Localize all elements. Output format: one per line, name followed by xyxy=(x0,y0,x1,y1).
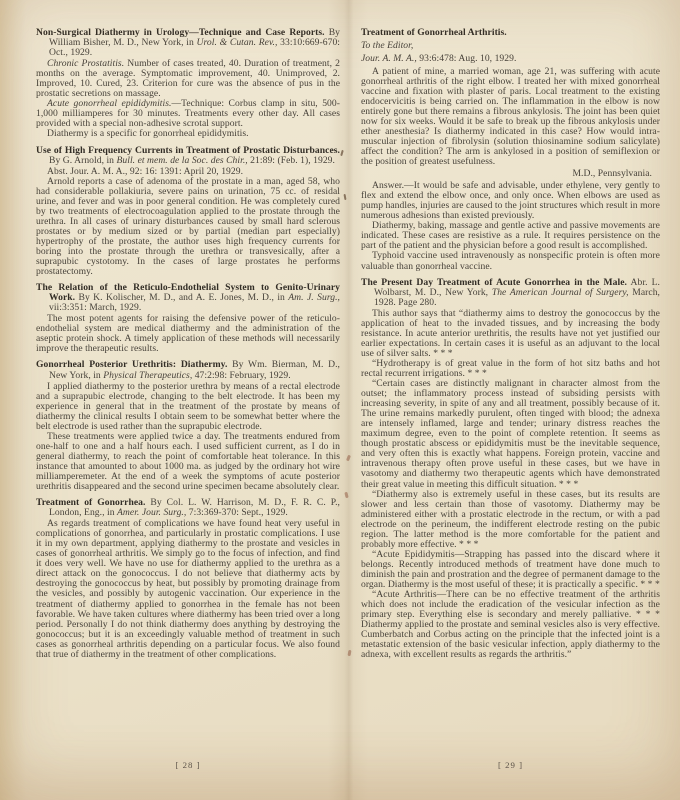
text-run: The American Journal of Surgery, xyxy=(492,287,629,298)
section-paragraph: Typhoid vaccine used intravenously as no… xyxy=(361,251,660,271)
text-run: Answer.—It would be safe and advisable, … xyxy=(361,180,660,221)
text-run: vii:3:351: March, 1929. xyxy=(49,302,141,313)
text-run: 47:2:98: February, 1929. xyxy=(192,370,290,381)
section-paragraph: A patient of mine, a married woman, age … xyxy=(361,67,660,167)
text-run: These treatments were applied twice a da… xyxy=(36,431,340,492)
section-paragraph: Arnold reports a case of adenoma of the … xyxy=(36,177,340,277)
section-paragraph: To the Editor, xyxy=(361,41,660,51)
text-run: 7:3:369-370: Sept., 1929. xyxy=(186,507,288,518)
abstract-section: The Relation of the Reticulo-Endothelial… xyxy=(36,283,340,354)
section-paragraph: Diathermy, baking, massage and gentle ac… xyxy=(361,221,660,251)
abstract-section: Non-Surgical Diathermy in Urology—Techni… xyxy=(36,28,340,140)
text-run: A patient of mine, a married woman, age … xyxy=(361,66,660,167)
text-run: “Diathermy also is extremely useful in t… xyxy=(361,489,660,550)
section-paragraph: Chronic Prostatitis. Number of cases tre… xyxy=(36,59,340,99)
text-run: To the Editor, xyxy=(361,40,413,51)
text-run: Bull. et mem. de la Soc. des Chir., xyxy=(116,155,247,166)
section-paragraph: “Diathermy also is extremely useful in t… xyxy=(361,490,660,550)
text-run: Treatment of Gonorrheal Arthritis. xyxy=(361,28,507,38)
section-heading: Treatment of Gonorrheal Arthritis. xyxy=(361,28,660,38)
section-paragraph: I applied diathermy to the posterior ure… xyxy=(36,382,340,432)
section-paragraph: Acute gonorrheal epididymitis.—Technique… xyxy=(36,99,340,129)
text-run: This author says that “diathermy aims to… xyxy=(361,308,660,359)
text-run: “Certain cases are distinctly malignant … xyxy=(361,378,660,489)
abstract-section: The Present Day Treatment of Acute Gonor… xyxy=(361,278,660,661)
page-number-right: [ 29 ] xyxy=(361,760,660,770)
text-run: “Hydrotherapy is of great value in the f… xyxy=(361,358,660,379)
text-run: M.D., Pennsylvania. xyxy=(572,168,652,179)
section-paragraph: “Hydrotherapy is of great value in the f… xyxy=(361,359,660,379)
section-heading: The Present Day Treatment of Acute Gonor… xyxy=(361,278,660,308)
section-paragraph: These treatments were applied twice a da… xyxy=(36,432,340,492)
section-paragraph: The most potent agents for raising the d… xyxy=(36,314,340,354)
text-run: 21:89: (Feb. 1), 1929. xyxy=(248,155,335,166)
section-heading: Treatment of Gonorrhea. By Col. L. W. Ha… xyxy=(36,498,340,518)
text-run: Amer. Jour. Surg., xyxy=(117,507,186,518)
journal-page-right: Treatment of Gonorrheal Arthritis.To the… xyxy=(361,28,660,754)
text-run: Typhoid vaccine used intravenously as no… xyxy=(361,250,660,271)
text-run: Jour. A. M. A., xyxy=(361,53,417,64)
section-heading: Non-Surgical Diathermy in Urology—Techni… xyxy=(36,28,340,58)
section-paragraph: “Acute Arthritis—There can be no effecti… xyxy=(361,590,660,660)
text-run: As regards treatment of complications we… xyxy=(36,518,340,660)
section-paragraph: “Certain cases are distinctly malignant … xyxy=(361,379,660,490)
text-run: I applied diathermy to the posterior ure… xyxy=(36,381,340,432)
section-paragraph: As regards treatment of complications we… xyxy=(36,519,340,660)
abstract-section: Treatment of Gonorrheal Arthritis.To the… xyxy=(361,28,660,272)
text-run: Physical Therapeutics, xyxy=(103,370,192,381)
section-heading: Use of High Frequency Currents in Treatm… xyxy=(36,146,340,166)
section-paragraph: M.D., Pennsylvania. xyxy=(361,169,660,179)
book-scan: Non-Surgical Diathermy in Urology—Techni… xyxy=(0,0,680,800)
text-run: Am. J. Surg., xyxy=(288,292,340,303)
page-edge xyxy=(0,0,26,800)
text-run: Arnold reports a case of adenoma of the … xyxy=(36,176,340,277)
section-heading: Gonorrheal Posterior Urethritis: Diather… xyxy=(36,360,340,380)
journal-page-left: Non-Surgical Diathermy in Urology—Techni… xyxy=(36,28,340,754)
abstract-section: Treatment of Gonorrhea. By Col. L. W. Ha… xyxy=(36,498,340,660)
text-run: “Acute Epididymitis—Strapping has passed… xyxy=(361,549,660,590)
text-run: “Acute Arthritis—There can be no effecti… xyxy=(361,589,660,660)
page-number-left: [ 28 ] xyxy=(36,760,340,770)
abstract-section: Gonorrheal Posterior Urethritis: Diather… xyxy=(36,360,340,492)
section-paragraph: This author says that “diathermy aims to… xyxy=(361,309,660,359)
abstract-section: Use of High Frequency Currents in Treatm… xyxy=(36,146,340,278)
text-run: Diathermy, baking, massage and gentle ac… xyxy=(361,220,660,251)
section-paragraph: Diathermy is a specific for gonorrheal e… xyxy=(36,129,340,139)
section-paragraph: Jour. A. M. A., 93:6:478: Aug. 10, 1929. xyxy=(361,54,660,64)
section-paragraph: “Acute Epididymitis—Strapping has passed… xyxy=(361,550,660,590)
section-heading: The Relation of the Reticulo-Endothelial… xyxy=(36,283,340,313)
section-paragraph: Answer.—It would be safe and advisable, … xyxy=(361,181,660,221)
text-run: 93:6:478: Aug. 10, 1929. xyxy=(417,53,517,64)
text-run: Urol. & Cutan. Rev., xyxy=(197,37,278,48)
text-run: The most potent agents for raising the d… xyxy=(36,313,340,354)
text-run: By G. Arnold, in xyxy=(49,155,116,166)
text-run: Diathermy is a specific for gonorrheal e… xyxy=(47,128,249,139)
